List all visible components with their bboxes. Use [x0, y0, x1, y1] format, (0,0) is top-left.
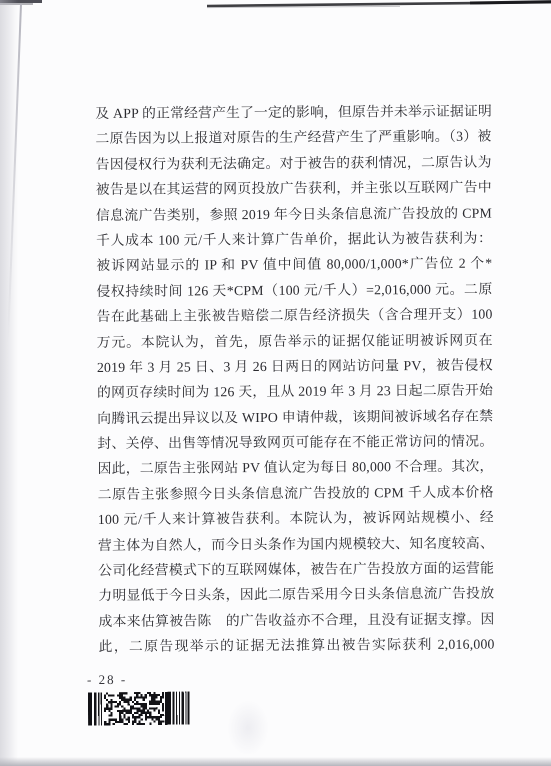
text-line: 公司化经营模式下的互联网媒体，被告在广告投放方面的运营能	[98, 556, 494, 584]
text-line: 被告是以在其运营的网页投放广告获利，并主张以互联网广告中	[96, 175, 492, 203]
text-line: 被诉网站显示的 IP 和 PV 值中间值 80,000/1,000*广告位 2 …	[96, 251, 492, 279]
text-line: 此，二原告现举示的证据无法推算出被告实际获利 2,016,000	[99, 632, 495, 660]
text-line: 告因侵权行为获利无法确定。对于被告的获利情况，二原告认为	[96, 149, 492, 177]
text-line: 营主体为自然人，而今日头条作为国内规模较大、知名度较高、	[98, 530, 494, 558]
court-ruling-text-block: 及 APP 的正常经营产生了一定的影响，但原告并未举示证据证明二原告因为以上报道…	[95, 99, 494, 660]
scan-bottom-shadow	[0, 757, 551, 766]
text-line: 万元。本院认为，首先，原告举示的证据仅能证明被诉网页在	[97, 327, 493, 355]
text-line: 信息流广告类别，参照 2019 年今日头条信息流广告投放的 CPM	[96, 200, 492, 228]
barcode-image	[88, 692, 191, 727]
text-line: 二原告因为以上报道对原告的生产经营产生了严重影响。（3）被	[95, 124, 491, 152]
scan-top-edge-line	[0, 0, 551, 12]
text-line: 告在此基础上主张被告赔偿二原告经济损失（含合理开支）100	[97, 302, 493, 330]
text-line: 封、关停、出售等情况导致网页可能存在不能正常访问的情况。	[97, 429, 493, 457]
text-line: 2019 年 3 月 25 日、3 月 26 日两日的网站访问量 PV，被告侵权	[97, 352, 493, 380]
text-line: 100 元/千人来计算被告获利。本院认为，被诉网站规模小、经	[98, 505, 494, 533]
text-line: 千人成本 100 元/千人来计算广告单价，据此认为被告获利为：	[96, 226, 492, 254]
text-line: 因此，二原告主张网站 PV 值认定为每日 80,000 不合理。其次，	[97, 454, 493, 482]
text-line: 成本来估算被告陈 的广告收益亦不合理，且没有证据支撑。因	[98, 606, 494, 634]
text-line: 二原告主张参照今日头条信息流广告投放的 CPM 千人成本价格	[98, 479, 494, 507]
text-line: 向腾讯云提出异议以及 WIPO 申请仲裁，该期间被诉域名存在禁	[97, 403, 493, 431]
scan-smudge	[227, 700, 269, 756]
text-line: 的网页存续时间为 126 天，且从 2019 年 3 月 23 日起二原告开始	[97, 378, 493, 406]
text-line: 侵权持续时间 126 天*CPM（100 元/千人）=2,016,000 元。二…	[96, 276, 492, 304]
scanned-document-page: 及 APP 的正常经营产生了一定的影响，但原告并未举示证据证明二原告因为以上报道…	[0, 0, 551, 766]
page-number: - 28 -	[87, 672, 127, 688]
text-line: 及 APP 的正常经营产生了一定的影响，但原告并未举示证据证明	[95, 99, 491, 127]
text-line: 力明显低于今日头条，因此二原告采用今日头条信息流广告投放	[98, 581, 494, 609]
